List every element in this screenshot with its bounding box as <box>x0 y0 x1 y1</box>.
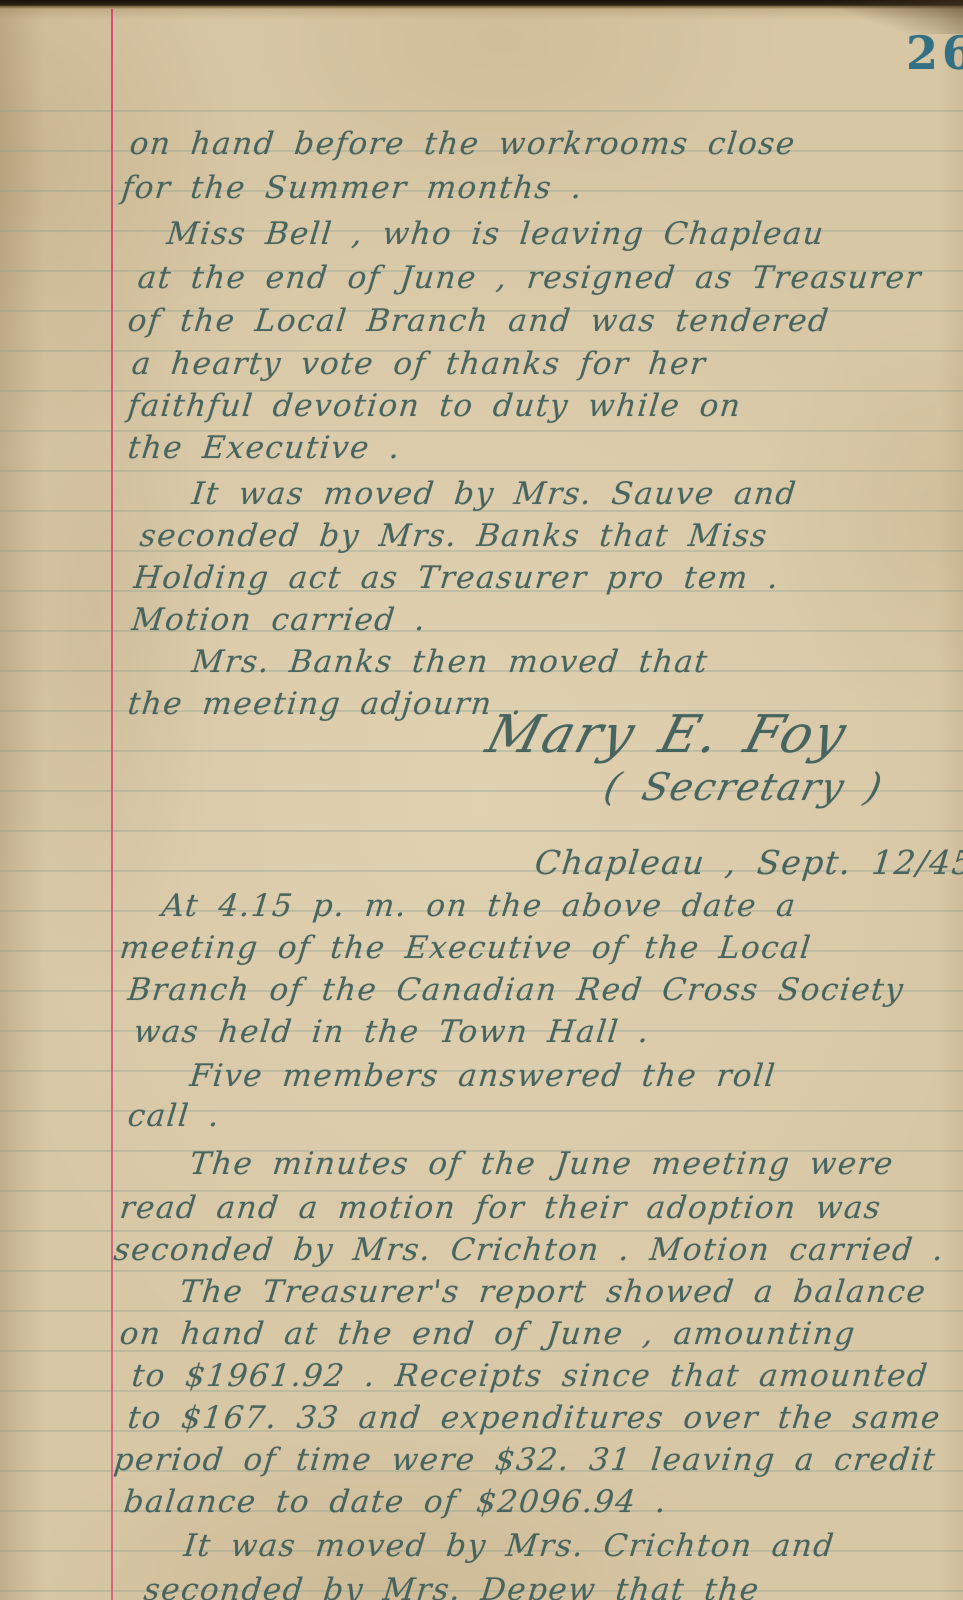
page-top-edge-band <box>0 6 963 22</box>
signature-title: ( Secretary ) <box>600 765 887 809</box>
handwritten-line: the meeting adjourn . <box>126 686 525 722</box>
handwritten-line: Five members answered the roll <box>188 1058 778 1094</box>
handwritten-line: Mrs. Banks then moved that <box>190 644 710 680</box>
handwritten-line: on hand before the workrooms close <box>128 126 798 162</box>
handwritten-line: for the Summer months . <box>120 170 585 206</box>
handwritten-line: Motion carried . <box>130 602 428 638</box>
handwritten-line: Holding act as Treasurer pro tem . <box>132 560 781 596</box>
margin-line <box>111 9 113 1600</box>
handwritten-line: At 4.15 p. m. on the above date a <box>160 888 798 924</box>
handwritten-line: was held in the Town Hall . <box>132 1014 652 1050</box>
handwritten-line: It was moved by Mrs. Sauve and <box>190 476 799 512</box>
handwritten-line: a hearty vote of thanks for her <box>130 346 708 382</box>
handwritten-line: It was moved by Mrs. Crichton and <box>182 1528 837 1564</box>
dateline: Chapleau , Sept. 12/45 . <box>533 843 963 882</box>
handwritten-line: seconded by Mrs. Crichton . Motion carri… <box>112 1232 946 1268</box>
handwritten-line: Miss Bell , who is leaving Chapleau <box>165 216 826 252</box>
handwritten-line: The minutes of the June meeting were <box>188 1146 896 1182</box>
handwritten-line: of the Local Branch and was tendered <box>126 303 831 339</box>
handwritten-line: faithful devotion to duty while on <box>126 388 743 424</box>
handwritten-line: seconded by Mrs. Depew that the <box>142 1572 762 1600</box>
handwritten-line: meeting of the Executive of the Local <box>118 930 814 966</box>
handwritten-line: The Treasurer's report showed a balance <box>178 1274 928 1310</box>
ledger-page: 269 on hand before the workrooms close f… <box>0 0 963 1600</box>
page-number: 269 <box>906 26 963 80</box>
handwritten-line: on hand at the end of June , amounting <box>118 1316 858 1352</box>
handwritten-line: at the end of June , resigned as Treasur… <box>136 260 924 296</box>
handwritten-line: period of time were $32. 31 leaving a cr… <box>112 1442 938 1478</box>
handwritten-line: Branch of the Canadian Red Cross Society <box>126 972 906 1008</box>
handwritten-line: seconded by Mrs. Banks that Miss <box>138 518 770 554</box>
signature-name: Mary E. Foy <box>480 705 854 765</box>
handwritten-line: call . <box>126 1098 222 1134</box>
handwritten-line: to $1961.92 . Receipts since that amount… <box>130 1358 930 1394</box>
handwritten-line: read and a motion for their adoption was <box>118 1190 883 1226</box>
handwritten-line: the Executive . <box>126 430 403 466</box>
handwritten-line: to $167. 33 and expenditures over the sa… <box>126 1400 943 1436</box>
handwritten-line: balance to date of $2096.94 . <box>122 1484 669 1520</box>
